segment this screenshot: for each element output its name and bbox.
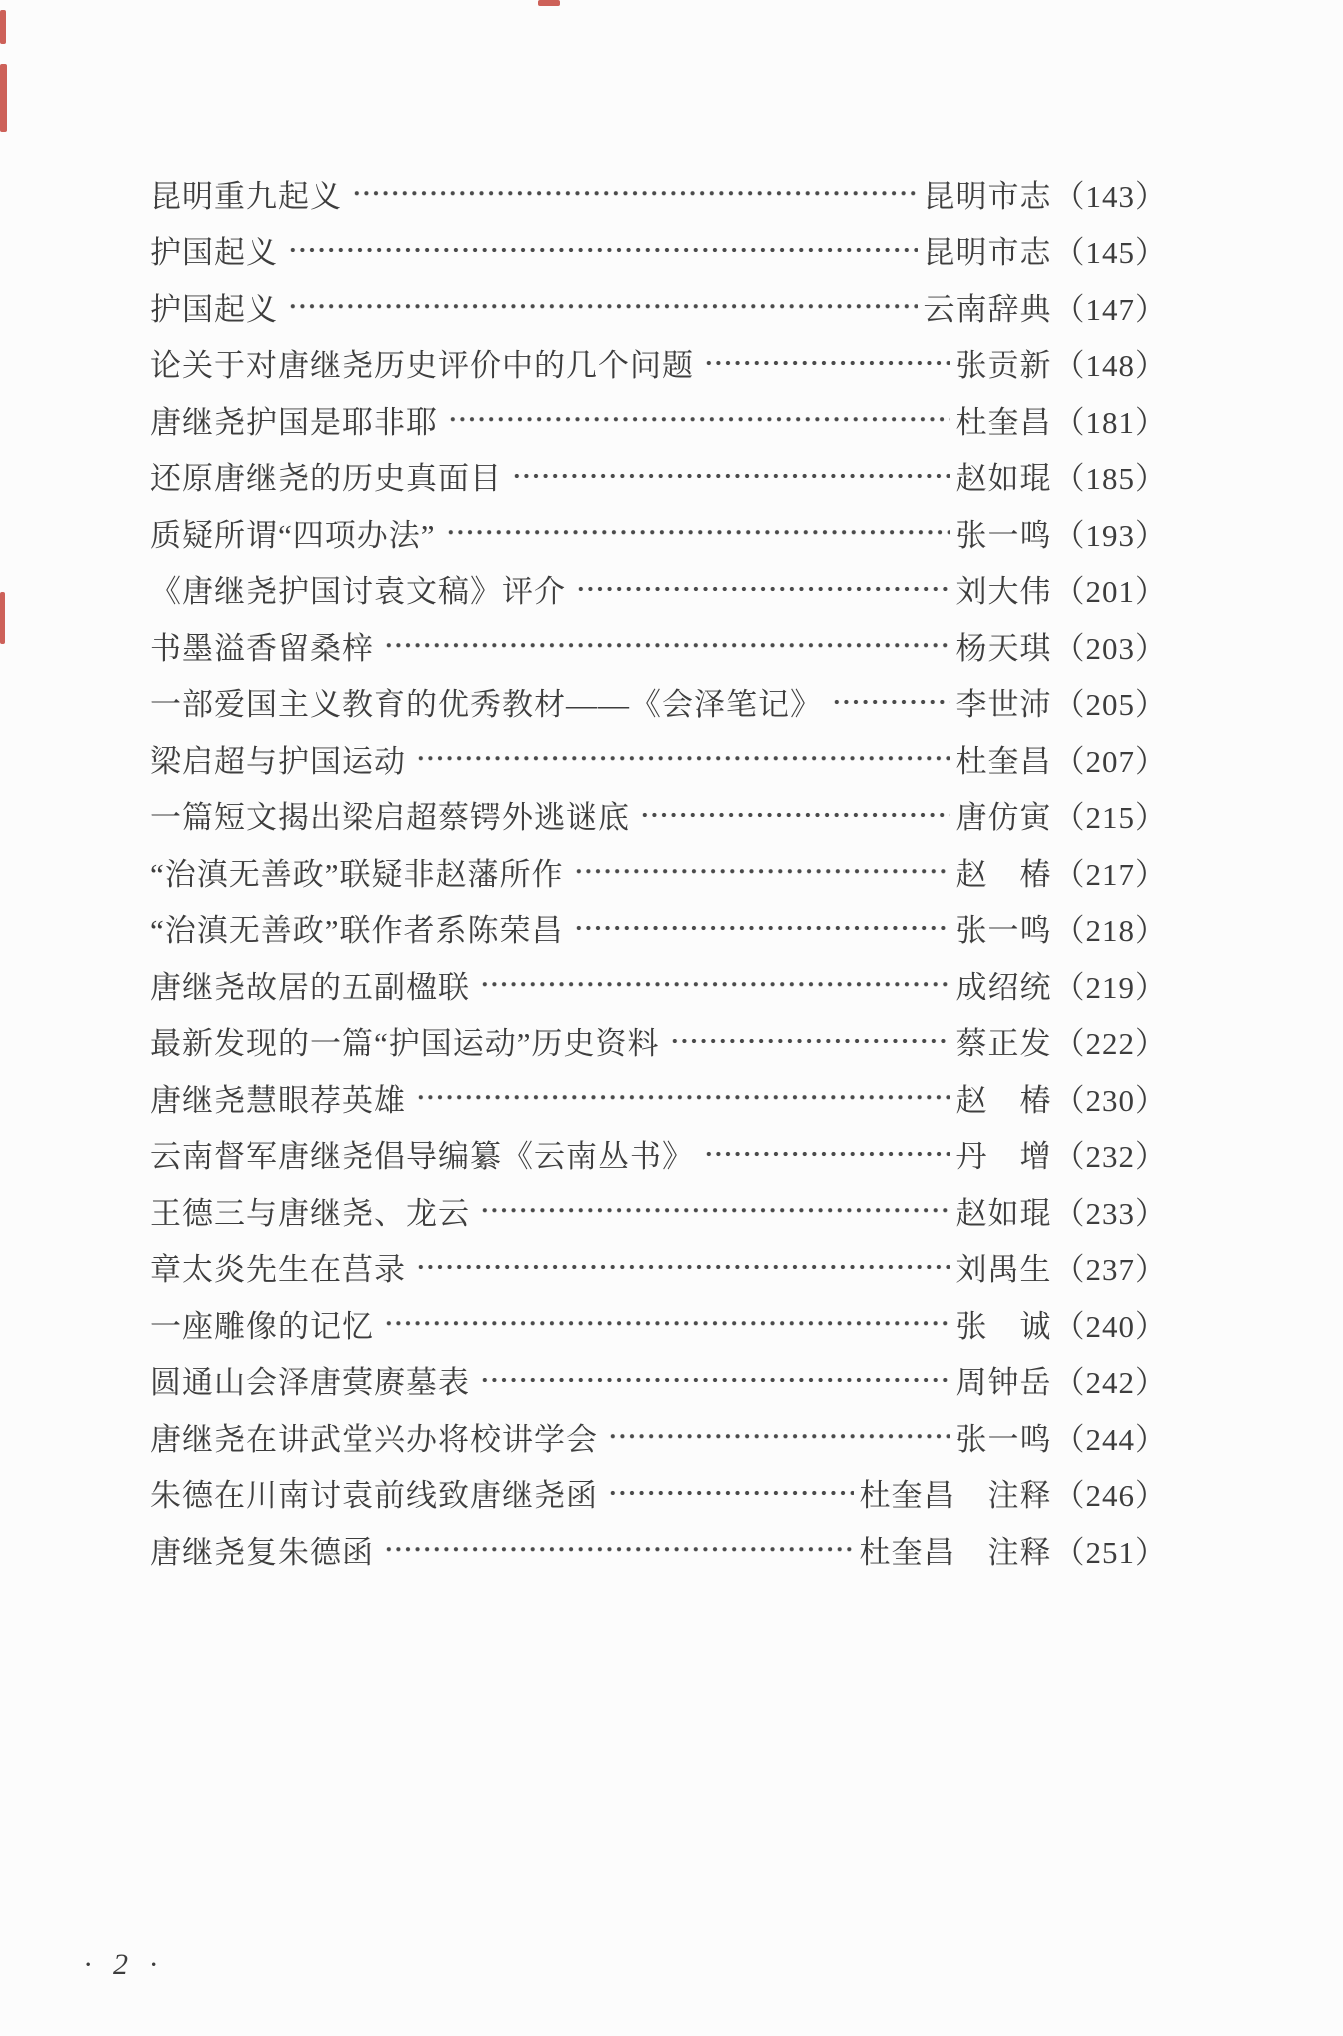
toc-entry-page: （217） [1054, 849, 1168, 894]
toc-entry-author: 唐仿寅 [956, 792, 1052, 837]
toc-entry-title: 护国起义 [150, 284, 278, 329]
toc-entry-title: “治滇无善政”联疑非赵藩所作 [150, 849, 564, 894]
toc-entry-page: （185） [1054, 453, 1168, 498]
toc-entry-page: （143） [1054, 171, 1168, 216]
toc-entry: 昆明重九起义 昆明市志 （143） [150, 165, 1167, 222]
toc-entry-page: （230） [1054, 1075, 1168, 1120]
toc-entry-title: 还原唐继尧的历史真面目 [150, 453, 502, 498]
toc-entry-author: 杜奎昌 [956, 736, 1052, 781]
toc-entry: 护国起义 昆明市志 （145） [150, 222, 1167, 279]
toc-entry-page: （233） [1054, 1188, 1168, 1233]
toc-entry-title: 一座雕像的记忆 [150, 1301, 374, 1346]
toc-entry-title: 护国起义 [150, 227, 278, 272]
toc-entry-page: （251） [1054, 1527, 1168, 1572]
dotted-leader [832, 674, 950, 731]
toc-entry-title: 王德三与唐继尧、龙云 [150, 1188, 470, 1233]
toc-entry-author: 赵如琨 [956, 1188, 1052, 1233]
toc-entry-author: 赵如琨 [956, 453, 1052, 498]
toc-entry-title: 书墨溢香留桑梓 [150, 623, 374, 668]
toc-entry: 唐继尧慧眼荐英雄 赵 椿 （230） [150, 1069, 1167, 1126]
toc-entry-author: 赵 椿 [956, 1075, 1052, 1120]
dotted-leader [512, 448, 950, 505]
toc-entry-title: 云南督军唐继尧倡导编纂《云南丛书》 [150, 1131, 694, 1176]
toc-entry-title: 梁启超与护国运动 [150, 736, 406, 781]
toc-entry: 唐继尧复朱德函 杜奎昌 注释 （251） [150, 1521, 1167, 1578]
toc-entry-author: 成绍统 [956, 962, 1052, 1007]
toc-entry: 云南督军唐继尧倡导编纂《云南丛书》 丹 增 （232） [150, 1126, 1167, 1183]
toc-entry-author: 杨天琪 [956, 623, 1052, 668]
toc-entry: 书墨溢香留桑梓 杨天琪 （203） [150, 617, 1167, 674]
dotted-leader [448, 391, 950, 448]
toc-entry-page: （148） [1054, 340, 1168, 385]
toc-entry-page: （222） [1054, 1018, 1168, 1063]
toc-entry: 梁启超与护国运动 杜奎昌 （207） [150, 730, 1167, 787]
toc-entry: 一部爱国主义教育的优秀教材——《会泽笔记》 李世沛 （205） [150, 674, 1167, 731]
dotted-leader [608, 1465, 854, 1522]
toc-entry-author: 周钟岳 [956, 1357, 1052, 1402]
toc-entry-page: （207） [1054, 736, 1168, 781]
toc-entry-author: 蔡正发 [956, 1018, 1052, 1063]
dotted-leader [574, 843, 950, 900]
dotted-leader [576, 561, 950, 618]
toc-entry-page: （218） [1054, 905, 1168, 950]
toc-entry-title: 唐继尧慧眼荐英雄 [150, 1075, 406, 1120]
scan-artifact-red [538, 0, 560, 6]
dotted-leader [640, 787, 950, 844]
toc-entry: 唐继尧护国是耶非耶 杜奎昌 （181） [150, 391, 1167, 448]
dotted-leader [384, 1295, 950, 1352]
dotted-leader [416, 730, 950, 787]
toc-entry-author: 杜奎昌 注释 [860, 1527, 1052, 1572]
toc-entry-title: “治滇无善政”联作者系陈荣昌 [150, 905, 564, 950]
dotted-leader [480, 1352, 950, 1409]
toc-entry-title: 圆通山会泽唐蓂赓墓表 [150, 1357, 470, 1402]
toc-entry: “治滇无善政”联疑非赵藩所作 赵 椿 （217） [150, 843, 1167, 900]
toc-entry-page: （240） [1054, 1301, 1168, 1346]
toc-entry: 论关于对唐继尧历史评价中的几个问题 张贡新 （148） [150, 335, 1167, 392]
toc-entry: 还原唐继尧的历史真面目 赵如琨 （185） [150, 448, 1167, 505]
toc-entry: 最新发现的一篇“护国运动”历史资料 蔡正发 （222） [150, 1013, 1167, 1070]
toc-entry-author: 昆明市志 [924, 171, 1052, 216]
toc-entry-author: 昆明市志 [924, 227, 1052, 272]
toc-entry-title: 最新发现的一篇“护国运动”历史资料 [150, 1018, 660, 1063]
toc-entry: 《唐继尧护国讨袁文稿》评介 刘大伟 （201） [150, 561, 1167, 618]
toc-entry-page: （205） [1054, 679, 1168, 724]
toc-entry-author: 李世沛 [956, 679, 1052, 724]
toc-entry: “治滇无善政”联作者系陈荣昌 张一鸣 （218） [150, 900, 1167, 957]
dotted-leader [352, 165, 918, 222]
toc-entry: 朱德在川南讨袁前线致唐继尧函 杜奎昌 注释 （246） [150, 1465, 1167, 1522]
toc-entry-title: 章太炎先生在莒录 [150, 1244, 406, 1289]
toc-entry-page: （215） [1054, 792, 1168, 837]
toc-entry-title: 《唐继尧护国讨袁文稿》评介 [150, 566, 566, 611]
toc-entry-author: 云南辞典 [924, 284, 1052, 329]
toc-entry-title: 一部爱国主义教育的优秀教材——《会泽笔记》 [150, 679, 822, 724]
toc-entry-page: （244） [1054, 1414, 1168, 1459]
toc-entry-author: 赵 椿 [956, 849, 1052, 894]
toc-entry: 章太炎先生在莒录 刘禺生 （237） [150, 1239, 1167, 1296]
dotted-leader [384, 1521, 854, 1578]
toc-entry-page: （237） [1054, 1244, 1168, 1289]
toc-entry: 一篇短文揭出梁启超蔡锷外逃谜底 唐仿寅 （215） [150, 787, 1167, 844]
toc-entry-page: （232） [1054, 1131, 1168, 1176]
toc-entry-title: 论关于对唐继尧历史评价中的几个问题 [150, 340, 694, 385]
dotted-leader [670, 1013, 950, 1070]
toc-entry-page: （193） [1054, 510, 1168, 555]
toc-entry: 护国起义 云南辞典 （147） [150, 278, 1167, 335]
toc-entry-author: 张一鸣 [956, 1414, 1052, 1459]
toc-entry-title: 唐继尧在讲武堂兴办将校讲学会 [150, 1414, 598, 1459]
toc-entry-page: （201） [1054, 566, 1168, 611]
dotted-leader [704, 1126, 950, 1183]
toc-entry: 唐继尧故居的五副楹联 成绍统 （219） [150, 956, 1167, 1013]
toc-entry: 质疑所谓“四项办法” 张一鸣 （193） [150, 504, 1167, 561]
toc-entry-title: 唐继尧复朱德函 [150, 1527, 374, 1572]
dotted-leader [384, 617, 950, 674]
toc-entry-title: 唐继尧故居的五副楹联 [150, 962, 470, 1007]
scan-artifact-red [0, 64, 7, 132]
toc-entry-title: 一篇短文揭出梁启超蔡锷外逃谜底 [150, 792, 630, 837]
dotted-leader [608, 1408, 950, 1465]
toc-entry-author: 张贡新 [956, 340, 1052, 385]
dotted-leader [288, 278, 918, 335]
toc-entry-author: 刘禺生 [956, 1244, 1052, 1289]
toc-entry-title: 昆明重九起义 [150, 171, 342, 216]
toc-entry-page: （242） [1054, 1357, 1168, 1402]
toc-entry-page: （246） [1054, 1470, 1168, 1515]
toc-entry: 唐继尧在讲武堂兴办将校讲学会 张一鸣 （244） [150, 1408, 1167, 1465]
toc-entry-page: （219） [1054, 962, 1168, 1007]
toc-entry: 一座雕像的记忆 张 诚 （240） [150, 1295, 1167, 1352]
toc-entry-author: 刘大伟 [956, 566, 1052, 611]
toc-list: 昆明重九起义 昆明市志 （143） 护国起义 昆明市志 （145） 护国起义 云… [150, 165, 1167, 1578]
toc-entry-page: （181） [1054, 397, 1168, 442]
toc-entry: 圆通山会泽唐蓂赓墓表 周钟岳 （242） [150, 1352, 1167, 1409]
toc-entry-author: 杜奎昌 注释 [860, 1470, 1052, 1515]
dotted-leader [416, 1069, 950, 1126]
toc-entry-page: （203） [1054, 623, 1168, 668]
toc-entry-title: 朱德在川南讨袁前线致唐继尧函 [150, 1470, 598, 1515]
toc-entry-title: 唐继尧护国是耶非耶 [150, 397, 438, 442]
dotted-leader [480, 956, 950, 1013]
dotted-leader [574, 900, 950, 957]
dotted-leader [480, 1182, 950, 1239]
toc-entry-author: 张 诚 [956, 1301, 1052, 1346]
toc-entry-author: 杜奎昌 [956, 397, 1052, 442]
dotted-leader [288, 222, 918, 279]
toc-entry-page: （145） [1054, 227, 1168, 272]
scan-artifact-red [0, 10, 6, 44]
scan-artifact-red [0, 592, 5, 644]
toc-entry: 王德三与唐继尧、龙云 赵如琨 （233） [150, 1182, 1167, 1239]
toc-entry-author: 丹 增 [956, 1131, 1052, 1176]
dotted-leader [446, 504, 950, 561]
toc-entry-author: 张一鸣 [956, 510, 1052, 555]
toc-entry-page: （147） [1054, 284, 1168, 329]
page-footer-number: · 2 · [84, 1948, 164, 1982]
dotted-leader [704, 335, 950, 392]
dotted-leader [416, 1239, 950, 1296]
toc-entry-author: 张一鸣 [956, 905, 1052, 950]
toc-entry-title: 质疑所谓“四项办法” [150, 510, 436, 555]
